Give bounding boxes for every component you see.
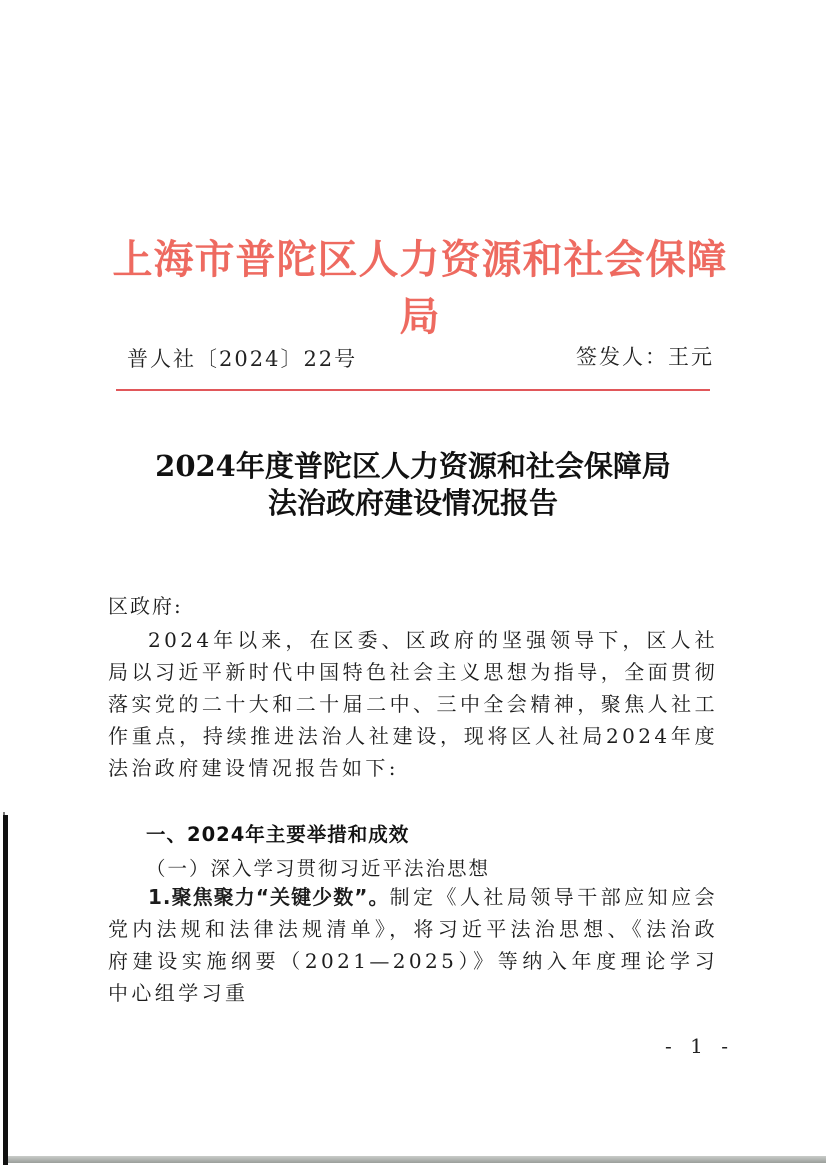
report-title-line1: 2024年度普陀区人力资源和社会保障局: [100, 444, 726, 485]
salutation: 区政府:: [108, 590, 718, 622]
section-heading: 一、2024年主要举措和成效: [146, 819, 409, 847]
scan-left-edge: [3, 815, 8, 1165]
subsection-heading: （一）深入学习贯彻习近平法治思想: [146, 853, 490, 881]
scan-bottom-edge: [8, 1156, 826, 1163]
item-paragraph: 1.聚焦聚力“关键少数”。制定《人社局领导干部应知应会党内法规和法律法规清单》，…: [108, 881, 718, 1009]
page-number: - 1 -: [665, 1034, 734, 1058]
intro-paragraph: 2024年以来，在区委、区政府的坚强领导下，区人社局以习近平新时代中国特色社会主…: [108, 624, 718, 784]
letterhead-divider: [116, 389, 710, 391]
signer: 签发人：王元: [576, 341, 714, 371]
letterhead-org-name: 上海市普陀区人力资源和社会保障局: [110, 228, 730, 342]
item-lead: 1.聚焦聚力“关键少数”。: [148, 885, 390, 909]
report-title-line2: 法治政府建设情况报告: [100, 481, 726, 522]
document-number: 普人社〔2024〕22号: [127, 343, 357, 373]
